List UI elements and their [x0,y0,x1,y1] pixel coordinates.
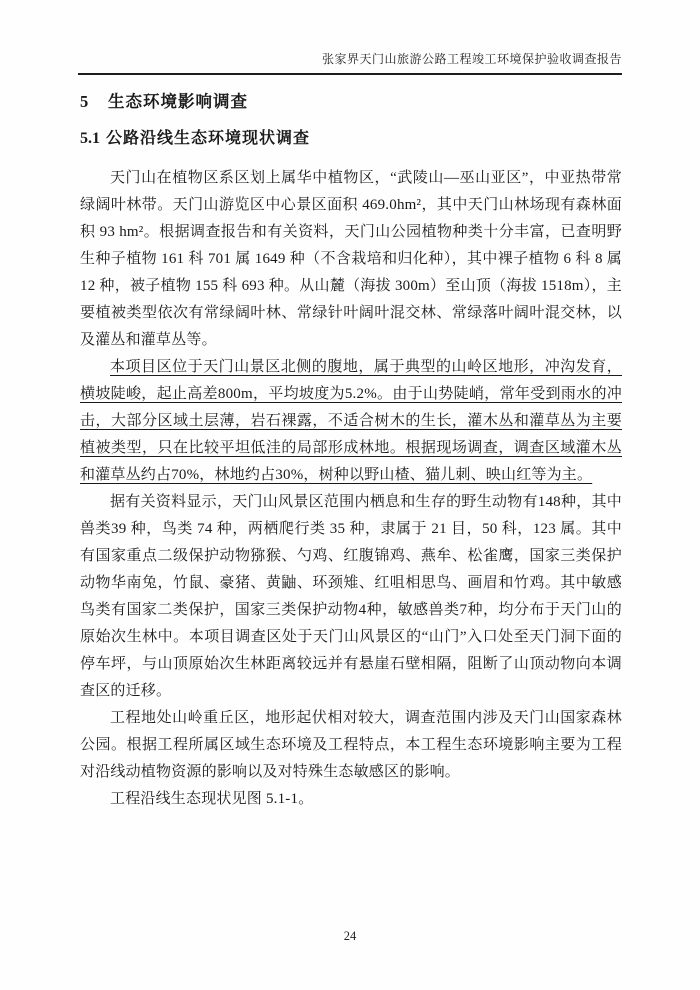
subsection-title: 公路沿线生态环境现状调查 [106,130,310,147]
subsection-number: 5.1 [80,130,106,148]
report-title: 张家界天门山旅游公路工程竣工环境保护验收调查报告 [322,52,622,66]
paragraph: 工程地处山岭重丘区，地形起伏相对较大，调查范围内涉及天门山国家森林公园。根据工程… [80,705,622,786]
paragraph: 天门山在植物区系区划上属华中植物区，“武陵山—巫山亚区”，中亚热带常绿阔叶林带。… [80,165,622,354]
page-number: 24 [344,929,357,943]
document-page: 张家界天门山旅游公路工程竣工环境保护验收调查报告 5生态环境影响调查 5.1公路… [0,0,700,990]
paragraph: 据有关资料显示，天门山风景区范围内栖息和生存的野生动物有148种，其中兽类39 … [80,489,622,705]
section-heading: 5生态环境影响调查 [80,88,622,112]
body-paragraphs: 天门山在植物区系区划上属华中植物区，“武陵山—巫山亚区”，中亚热带常绿阔叶林带。… [80,165,622,813]
section-title: 生态环境影响调查 [108,92,248,111]
page-footer: 24 [0,929,700,944]
paragraph: 工程沿线生态现状见图 5.1-1。 [80,786,622,813]
page-content: 5生态环境影响调查 5.1公路沿线生态环境现状调查 天门山在植物区系区划上属华中… [80,88,622,813]
page-header: 张家界天门山旅游公路工程竣工环境保护验收调查报告 [78,50,622,75]
paragraph: 本项目区位于天门山景区北侧的腹地，属于典型的山岭区地形，冲沟发育，横坡陡峻，起止… [80,354,622,489]
subsection-heading: 5.1公路沿线生态环境现状调查 [80,125,622,148]
section-number: 5 [80,92,108,112]
